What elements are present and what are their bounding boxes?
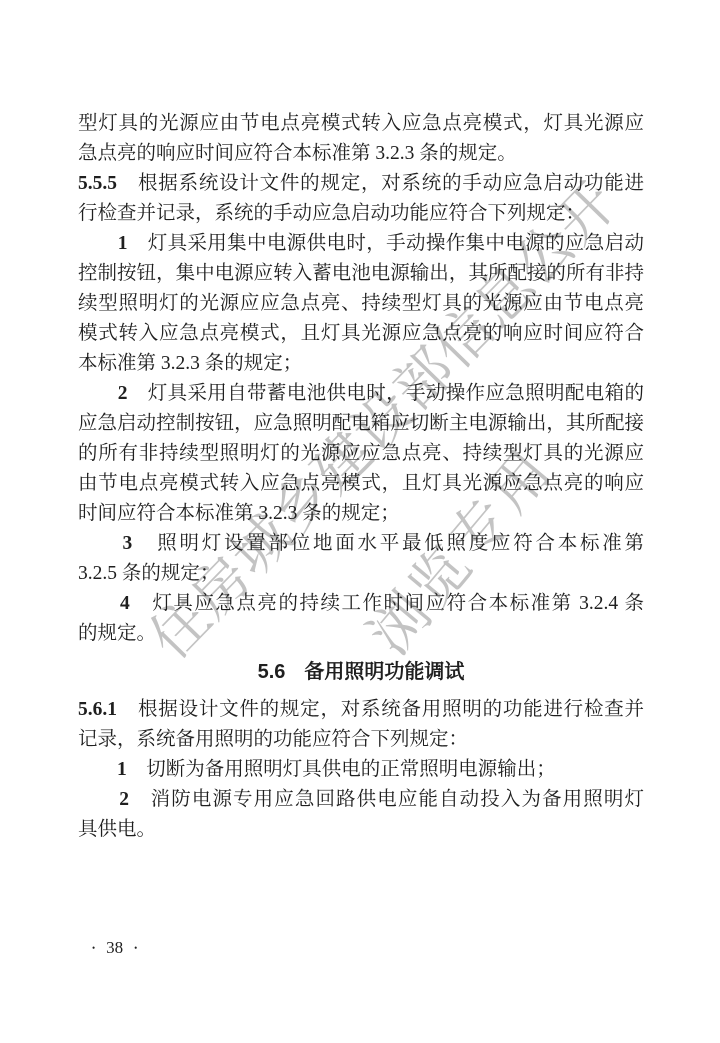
text-line: 3.2.5 条的规定； (78, 559, 644, 589)
text-line: 4 灯具应急点亮的持续工作时间应符合本标准第 3.2.4 条 (78, 589, 644, 619)
clause-text: 本标准第 3.2.3 条的规定； (78, 353, 302, 374)
clause-text: 消防电源专用应急回路供电应能自动投入为备用照明灯 (129, 789, 644, 810)
clause-number: 4 (120, 593, 130, 614)
clause-text: 型灯具的光源应由节电点亮模式转入应急点亮模式，灯具光源应 (78, 113, 644, 134)
text-block: 型灯具的光源应由节电点亮模式转入应急点亮模式，灯具光源应急点亮的响应时间应符合本… (78, 109, 644, 845)
text-line: 本标准第 3.2.3 条的规定； (78, 349, 644, 379)
text-line: 1 灯具采用集中电源供电时，手动操作集中电源的应急启动 (78, 229, 644, 259)
clause-text (78, 789, 119, 810)
text-line: 行检查并记录，系统的手动应急启动功能应符合下列规定： (78, 199, 644, 229)
clause-text: 具供电。 (78, 819, 156, 840)
document-page: 住房城乡建设部信息公开 浏览专用 型灯具的光源应由节电点亮模式转入应急点亮模式，… (0, 0, 720, 1043)
text-line: 记录，系统备用照明的功能应符合下列规定： (78, 725, 644, 755)
clause-text: 应急启动控制按钮，应急照明配电箱应切断主电源输出，其所配接 (78, 413, 644, 434)
footer-dot-left: • (92, 944, 95, 953)
clause-text: 记录，系统备用照明的功能应符合下列规定： (78, 729, 468, 750)
text-line: 1 切断为备用照明灯具供电的正常照明电源输出； (78, 755, 644, 785)
clause-text: 灯具应急点亮的持续工作时间应符合本标准第 3.2.4 条 (130, 593, 644, 614)
text-line: 续型照明灯的光源应应急点亮、持续型灯具的光源应由节电点亮 (78, 289, 644, 319)
clause-text: 灯具采用集中电源供电时，手动操作集中电源的应急启动 (127, 233, 644, 254)
clause-text: 模式转入应急点亮模式，且灯具光源应急点亮的响应时间应符合 (78, 323, 644, 344)
text-line: 应急启动控制按钮，应急照明配电箱应切断主电源输出，其所配接 (78, 409, 644, 439)
text-line: 控制按钮，集中电源应转入蓄电池电源输出，其所配接的所有非持 (78, 259, 644, 289)
section-heading: 5.6备用照明功能调试 (78, 657, 644, 687)
text-line: 3 照明灯设置部位地面水平最低照度应符合本标准第 (78, 529, 644, 559)
text-line: 的所有非持续型照明灯的光源应应急点亮、持续型灯具的光源应 (78, 439, 644, 469)
clause-text: 根据系统设计文件的规定，对系统的手动应急启动功能进 (117, 173, 644, 194)
clause-text: 行检查并记录，系统的手动应急启动功能应符合下列规定： (78, 203, 585, 224)
section-heading-number: 5.6 (258, 661, 286, 683)
clause-text (78, 759, 117, 780)
clause-number: 2 (119, 789, 129, 810)
clause-number: 5.6.1 (78, 699, 117, 720)
clause-text: 3.2.5 条的规定； (78, 563, 219, 584)
footer-dot-right: • (134, 944, 137, 953)
clause-text (78, 533, 123, 554)
clause-text: 的规定。 (78, 623, 156, 644)
text-line: 5.5.5 根据系统设计文件的规定，对系统的手动应急启动功能进 (78, 169, 644, 199)
page-footer: • 38 • (92, 938, 137, 958)
text-line: 具供电。 (78, 815, 644, 845)
clause-text: 根据设计文件的规定，对系统备用照明的功能进行检查并 (117, 699, 644, 720)
clause-number: 1 (117, 759, 127, 780)
clause-text: 的所有非持续型照明灯的光源应应急点亮、持续型灯具的光源应 (78, 443, 644, 464)
clause-text: 切断为备用照明灯具供电的正常照明电源输出； (127, 759, 556, 780)
text-line: 的规定。 (78, 619, 644, 649)
clause-text: 灯具采用自带蓄电池供电时，手动操作应急照明配电箱的 (127, 383, 644, 404)
text-line: 时间应符合本标准第 3.2.3 条的规定； (78, 499, 644, 529)
text-line: 2 消防电源专用应急回路供电应能自动投入为备用照明灯 (78, 785, 644, 815)
clause-text (78, 383, 118, 404)
text-line: 模式转入应急点亮模式，且灯具光源应急点亮的响应时间应符合 (78, 319, 644, 349)
section-heading-title: 备用照明功能调试 (304, 661, 464, 683)
text-line: 5.6.1 根据设计文件的规定，对系统备用照明的功能进行检查并 (78, 695, 644, 725)
clause-number: 5.5.5 (78, 173, 117, 194)
clause-text: 时间应符合本标准第 3.2.3 条的规定； (78, 503, 400, 524)
clause-text: 照明灯设置部位地面水平最低照度应符合本标准第 (132, 533, 644, 554)
clause-text: 急点亮的响应时间应符合本标准第 3.2.3 条的规定。 (78, 143, 517, 164)
text-line: 型灯具的光源应由节电点亮模式转入应急点亮模式，灯具光源应 (78, 109, 644, 139)
clause-text (78, 593, 120, 614)
clause-number: 3 (123, 533, 133, 554)
page-number: 38 (106, 938, 123, 958)
text-line: 2 灯具采用自带蓄电池供电时，手动操作应急照明配电箱的 (78, 379, 644, 409)
clause-text: 由节电点亮模式转入应急点亮模式，且灯具光源应急点亮的响应 (78, 473, 644, 494)
text-line: 急点亮的响应时间应符合本标准第 3.2.3 条的规定。 (78, 139, 644, 169)
clause-text: 控制按钮，集中电源应转入蓄电池电源输出，其所配接的所有非持 (78, 263, 644, 284)
clause-text: 续型照明灯的光源应应急点亮、持续型灯具的光源应由节电点亮 (78, 293, 644, 314)
clause-text (78, 233, 118, 254)
text-line: 由节电点亮模式转入应急点亮模式，且灯具光源应急点亮的响应 (78, 469, 644, 499)
